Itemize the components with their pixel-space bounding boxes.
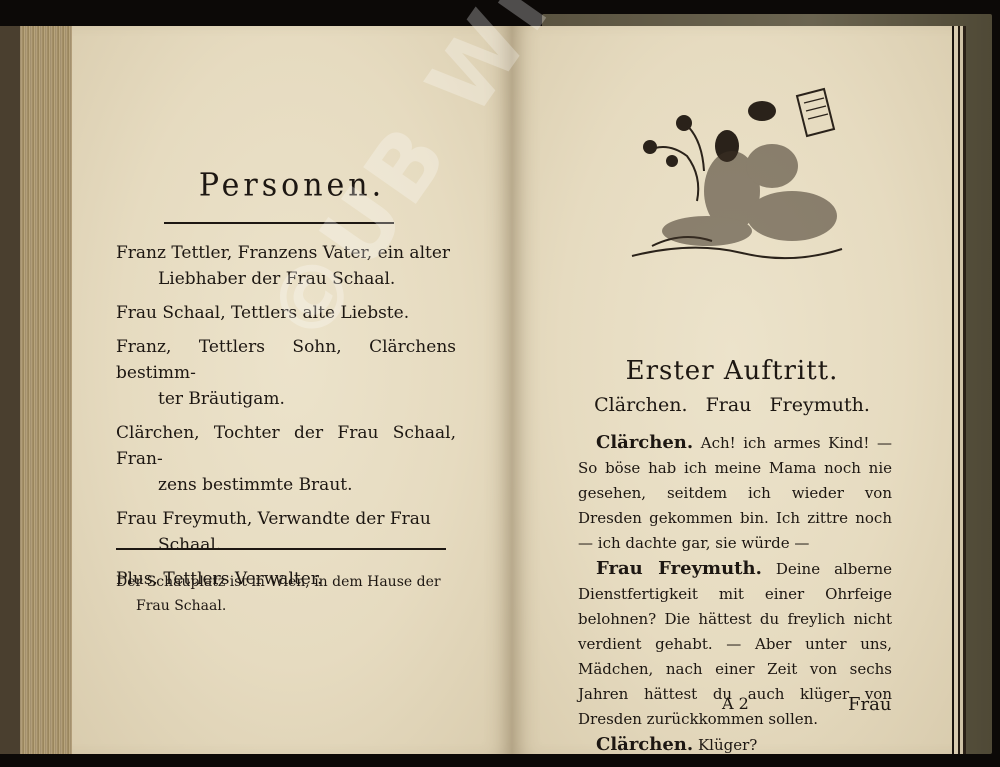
act-title: Erster Auftritt. <box>512 356 952 386</box>
page-heading: Personen. <box>72 167 512 204</box>
left-page: Personen. Franz Tettler, Franzens Vater,… <box>72 26 512 754</box>
catchword: Frau <box>848 694 891 715</box>
cast-entry: Franz, Tettlers Sohn, Clärchens bestimm-… <box>116 334 456 412</box>
setting-note: Der Schauplatz ist in Wien, in dem Hause… <box>116 570 456 618</box>
cast-entry: Clärchen, Tochter der Frau Schaal, Fran-… <box>116 420 456 498</box>
speaker-name: Clärchen. <box>596 432 693 453</box>
speaker-name: Clärchen. <box>596 734 693 755</box>
cast-list: Franz Tettler, Franzens Vater, ein alter… <box>116 240 456 600</box>
cast-entry: Frau Freymuth, Verwandte der FrauSchaal. <box>116 506 456 558</box>
dialogue-line: Clärchen. Ach! ich armes Kind! — So böse… <box>578 430 892 556</box>
signature-mark: A 2 <box>722 694 749 713</box>
page-stack-edge <box>10 26 72 754</box>
woodcut-vignette-icon <box>612 81 852 271</box>
page-edges <box>952 26 966 754</box>
cast-entry: Frau Schaal, Tettlers alte Liebste. <box>116 300 456 326</box>
cast-entry: Franz Tettler, Franzens Vater, ein alter… <box>116 240 456 292</box>
right-page: Erster Auftritt. Clärchen. Frau Freymuth… <box>512 26 952 754</box>
divider-rule <box>164 222 394 224</box>
divider-rule <box>116 548 446 550</box>
dialogue-line: Clärchen. Klüger? <box>578 732 892 758</box>
scene-characters: Clärchen. Frau Freymuth. <box>512 394 952 416</box>
speaker-name: Frau Freymuth. <box>596 558 762 579</box>
